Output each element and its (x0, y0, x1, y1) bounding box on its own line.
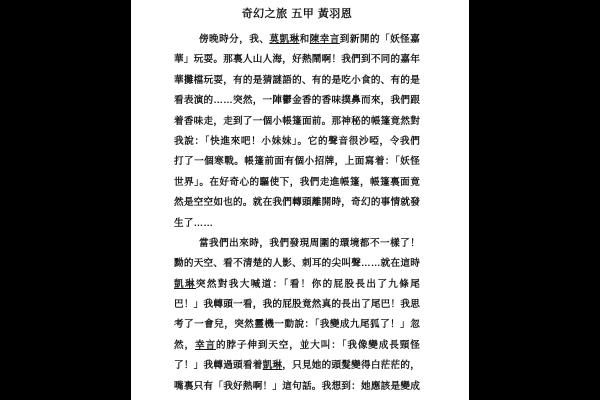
text-segment: ，只見她的頭髮變得白茫茫的， (282, 360, 420, 371)
text-segment: 黝的天空、看不清楚的人影、刺耳的尖叫聲……就在這時 (174, 258, 420, 269)
text-line: 世界」。在好奇心的驅使下，我們走進帳篷，帳篷裏面竟 (174, 173, 420, 193)
text-segment: 當我們出來時，我們發現周圍的環境都不一樣了！黑黝 (199, 238, 420, 254)
letterbox-right (469, 0, 600, 400)
text-segment: 考了一會兒，突然靈機一動說：「我變成九尾狐了！」忽 (174, 319, 420, 330)
text-segment: 我說：「快進來吧！小妹妹」。它的聲音很沙啞，令我們 (174, 136, 420, 147)
text-segment: 着香味走，走到了一個小帳篷面前。那神秘的帳篷竟然對 (174, 116, 420, 127)
text-segment: 華攤檔玩耍，有的是猜謎語的、有的是吃小食的、有的是 (174, 75, 420, 86)
text-segment: 和 (300, 34, 310, 45)
text-segment: 生了…… (174, 218, 213, 229)
text-line: 着香味走，走到了一個小帳篷面前。那神秘的帳篷竟然對 (174, 112, 420, 132)
underlined-proper-name: 幸言 (195, 340, 216, 351)
text-line: 華」玩耍。那裏人山人海，好熱鬧啊！我們到不同的嘉年 (174, 50, 420, 70)
text-segment: 的脖子伸到天空，並大叫：「我像變成長頸怪 (216, 340, 420, 351)
text-line: 然，幸言的脖子伸到天空，並大叫：「我像變成長頸怪 (174, 336, 420, 356)
text-line: 凱琳突然對我大喊道：「看！你的屁股長出了九條尾 (174, 275, 420, 295)
text-segment: 嘴裏只有「我好熱啊！」這句話。我想到：她應該是變成 (174, 381, 420, 392)
text-line: 打了一個寒戰。帳篷前面有個小招牌，上面寫着：「妖怪 (174, 152, 420, 172)
text-line: 生了…… (174, 214, 420, 234)
text-line: 黝的天空、看不清楚的人影、刺耳的尖叫聲……就在這時 (174, 254, 420, 274)
text-line: 華攤檔玩耍，有的是猜謎語的、有的是吃小食的、有的是 (174, 71, 420, 91)
underlined-proper-name: 凱琳 (174, 279, 196, 290)
document-title: 奇幻之旅 五甲 黃羽恩 (174, 4, 420, 25)
document-body: 傍晚時分，我、莫凱琳和陳幸言到新開的「妖怪嘉年華」玩耍。那裏人山人海，好熱鬧啊！… (174, 30, 420, 397)
text-segment: 看表演的……突然，一陣鬱金香的香味撲鼻而來，我們跟 (174, 95, 420, 106)
text-segment: 傍晚時分，我、 (199, 34, 269, 45)
text-line: 了！」我轉過頭看着凱琳，只見她的頭髮變得白茫茫的， (174, 356, 420, 376)
screenshot-stage: 奇幻之旅 五甲 黃羽恩 傍晚時分，我、莫凱琳和陳幸言到新開的「妖怪嘉年華」玩耍。… (0, 0, 600, 400)
text-line: 巴！」我轉頭一看，我的屁股竟然真的長出了尾巴！我思 (174, 295, 420, 315)
text-line: 考了一會兒，突然靈機一動說：「我變成九尾狐了！」忽 (174, 315, 420, 335)
text-line: 我說：「快進來吧！小妹妹」。它的聲音很沙啞，令我們 (174, 132, 420, 152)
letterbox-left (0, 0, 131, 400)
text-line: 嘴裏只有「我好熱啊！」這句話。我想到：她應該是變成 (174, 377, 420, 397)
underlined-proper-name: 陳幸言 (310, 34, 340, 45)
underlined-proper-name: 凱琳 (263, 360, 283, 371)
text-segment: 了！」我轉過頭看着 (174, 360, 263, 371)
text-line: 傍晚時分，我、莫凱琳和陳幸言到新開的「妖怪嘉年 (174, 30, 420, 50)
text-segment: 然是空空如也的。就在我們轉頭離開時，奇幻的事情就發 (174, 197, 420, 208)
text-segment: 世界」。在好奇心的驅使下，我們走進帳篷，帳篷裏面竟 (174, 177, 420, 188)
text-segment: 突然對我大喊道：「看！你的屁股長出了九條尾 (196, 279, 420, 290)
text-line: 看表演的……突然，一陣鬱金香的香味撲鼻而來，我們跟 (174, 91, 420, 111)
underlined-proper-name: 莫凱琳 (269, 34, 299, 45)
text-line: 當我們出來時，我們發現周圍的環境都不一樣了！黑黝 (174, 234, 420, 254)
text-line: 然是空空如也的。就在我們轉頭離開時，奇幻的事情就發 (174, 193, 420, 213)
text-segment: 華」玩耍。那裏人山人海，好熱鬧啊！我們到不同的嘉年 (174, 54, 420, 65)
text-segment: 然， (174, 340, 195, 351)
document-page: 奇幻之旅 五甲 黃羽恩 傍晚時分，我、莫凱琳和陳幸言到新開的「妖怪嘉年華」玩耍。… (131, 0, 469, 400)
text-segment: 打了一個寒戰。帳篷前面有個小招牌，上面寫着：「妖怪 (174, 156, 420, 167)
text-segment: 巴！」我轉頭一看，我的屁股竟然真的長出了尾巴！我思 (174, 299, 420, 310)
